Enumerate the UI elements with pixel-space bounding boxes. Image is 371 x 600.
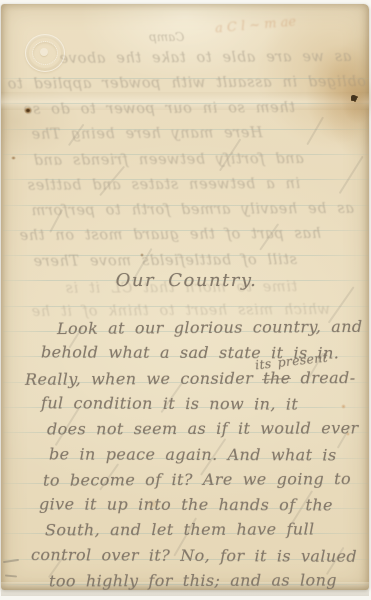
bleedthrough-line: in a between states and battles — [27, 176, 300, 194]
manuscript-line: be in peace again. And what is — [49, 444, 337, 464]
manuscript-line: to become of it? Are we going to — [43, 469, 351, 490]
bleedthrough-line: them so in our power to do so — [23, 100, 295, 118]
manuscript-line: South, and let them have full — [45, 520, 315, 540]
screenshot-root: { "document": { "kind": "scanned handwri… — [0, 0, 371, 600]
bleedthrough-line: Here many here being The — [31, 125, 263, 143]
pencil-mark: a C l ~ m ae — [215, 14, 297, 36]
manuscript-line: too highly for this; and as long — [49, 570, 337, 590]
correction: theits present — [263, 368, 291, 387]
manuscript-line: ful condition it is now in, it — [41, 393, 298, 413]
bleedthrough-line: has part of the guard most on the — [19, 226, 321, 244]
manuscript-line: control over it? No, for it is valued — [31, 545, 357, 566]
manuscript-line: Really, when we consider theits present … — [25, 368, 356, 389]
freckle — [11, 156, 16, 160]
bleedthrough-line: still of battlefields move There — [33, 252, 297, 270]
manuscript-line: give it up into the hands of the — [39, 495, 333, 515]
ink-speck — [351, 95, 357, 101]
letter-paper: as we are able to take the aboveit is an… — [1, 4, 369, 590]
bleedthrough-line: as be heavily armed forth to perform — [31, 201, 354, 219]
embossed-seal — [25, 34, 65, 72]
bleedthrough-line: and fortify between friends and — [33, 151, 304, 169]
bleedthrough-line: it is and obliged in assault with powder… — [7, 73, 371, 92]
manuscript-line: does not seem as if it would ever — [47, 419, 359, 439]
letter-title: Our Country. — [1, 270, 371, 291]
bleedthrough-heading: Camp — [149, 30, 184, 44]
bleedthrough-line: as we are able to take the above — [59, 49, 352, 67]
manuscript-line: Look at our glorious country, and — [57, 317, 363, 338]
hatch-stroke — [339, 156, 364, 194]
hatch-stroke — [306, 117, 323, 146]
